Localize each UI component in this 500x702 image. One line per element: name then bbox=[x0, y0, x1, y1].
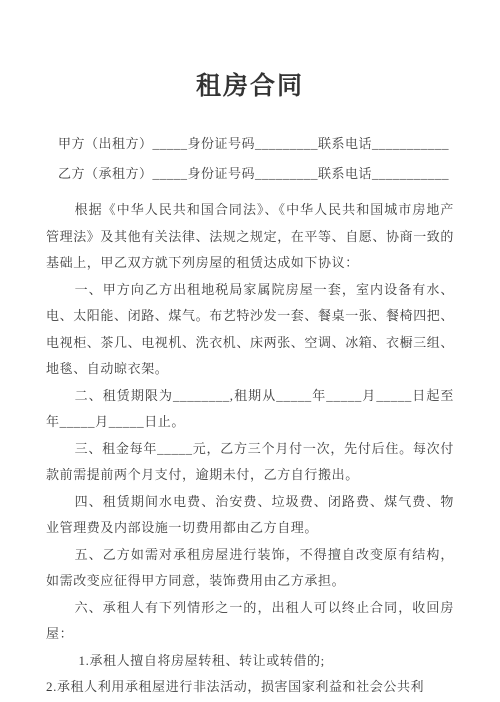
clause-5-decoration: 五、乙方如需对承租房屋进行装饰，不得擅自改变原有结构，如需改变应征得甲方同意，装… bbox=[46, 542, 454, 595]
clause-3-rent-payment: 三、租金每年_____元，乙方三个月付一次，先付后住。每次付款前需提前两个月支付… bbox=[46, 436, 454, 489]
party-a-line: 甲方（出租方）_____身份证号码_________联系电话__________… bbox=[58, 129, 454, 159]
contract-document-page: 租房合同 甲方（出租方）_____身份证号码_________联系电话_____… bbox=[0, 0, 500, 702]
document-title: 租房合同 bbox=[46, 69, 454, 103]
clause-2-lease-term: 二、租赁期限为________,租期从_____年_____月_____日起至年… bbox=[46, 383, 454, 436]
clause-6-sub-item-2: 2.承租人利用承租屋进行非法活动，损害国家利益和社会公共利 bbox=[46, 674, 454, 701]
party-b-line: 乙方（承租方）_____身份证号码_________联系电话__________… bbox=[58, 159, 454, 189]
clause-1-premises: 一、甲方向乙方出租地税局家属院房屋一套，室内设备有水、电、太阳能、闭路、煤气。布… bbox=[46, 277, 454, 383]
clause-4-utility-fees: 四、租赁期间水电费、治安费、垃圾费、闭路费、煤气费、物业管理费及内部设施一切费用… bbox=[46, 489, 454, 542]
party-info-block: 甲方（出租方）_____身份证号码_________联系电话__________… bbox=[46, 129, 454, 189]
clause-6-termination: 六、承租人有下列情形之一的，出租人可以终止合同，收回房屋： bbox=[46, 595, 454, 648]
intro-paragraph: 根据《中华人民共和国合同法》、《中华人民共和国城市房地产管理法》及其他有关法律、… bbox=[46, 197, 454, 277]
clause-6-sub-item-1: 1.承租人擅自将房屋转租、转让或转借的; bbox=[46, 648, 454, 675]
